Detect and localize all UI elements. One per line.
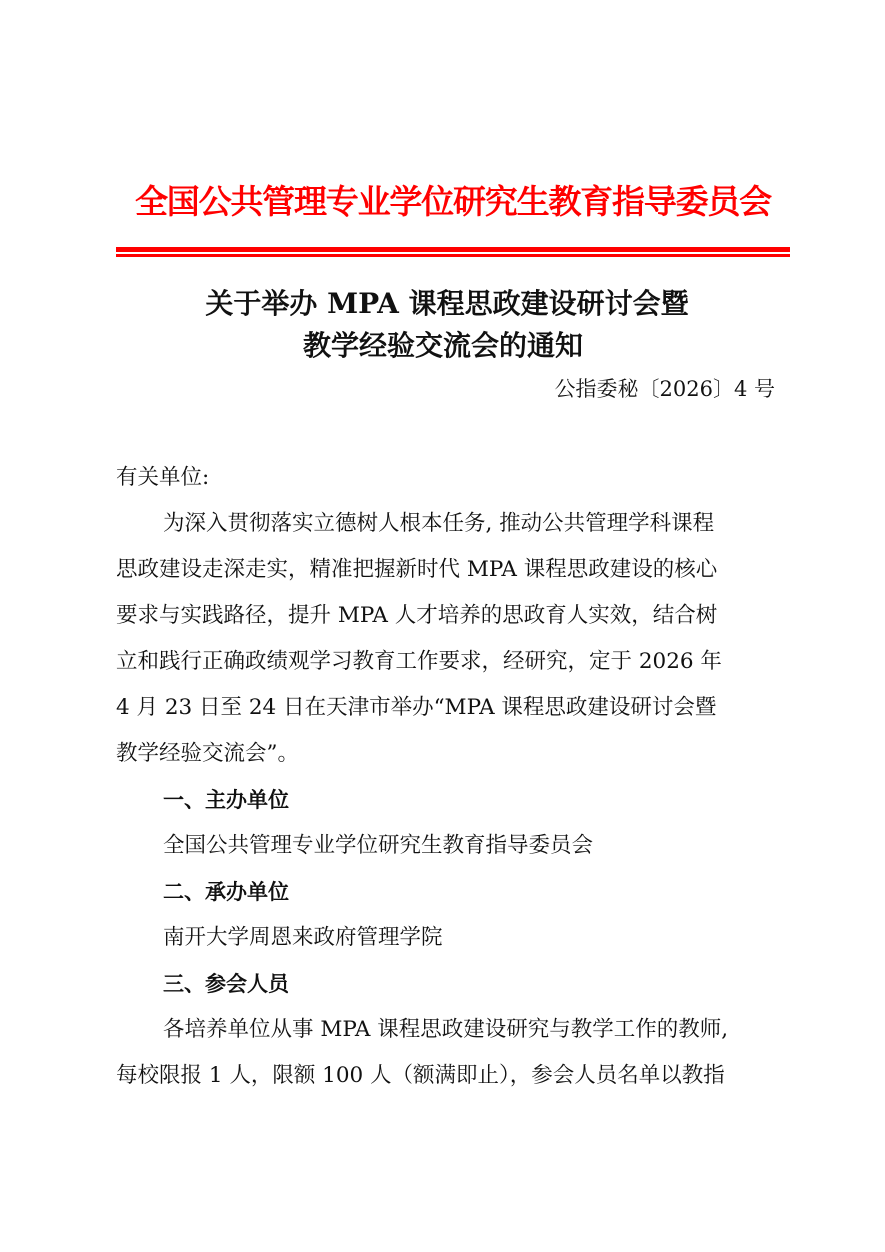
header-divider-thin	[116, 254, 790, 257]
paragraph-line: 立和践行正确政绩观学习教育工作要求，经研究，定于 2026 年	[116, 639, 788, 685]
paragraph-line: 4 月 23 日至 24 日在天津市举办“MPA 课程思政建设研讨会暨	[116, 685, 788, 731]
paragraph-line: 教学经验交流会”。	[116, 731, 788, 777]
section-participants: 三、参会人员 各培养单位从事 MPA 课程思政建设研究与教学工作的教师, 每校限…	[116, 961, 788, 1099]
section-content: 每校限报 1 人，限额 100 人（额满即止），参会人员名单以教指	[116, 1053, 788, 1099]
intro-paragraph: 为深入贯彻落实立德树人根本任务, 推动公共管理学科课程 思政建设走深走实，精准把…	[116, 501, 788, 777]
section-content: 全国公共管理专业学位研究生教育指导委员会	[116, 823, 788, 869]
salutation: 有关单位:	[116, 455, 788, 501]
section-content: 各培养单位从事 MPA 课程思政建设研究与教学工作的教师,	[116, 1007, 788, 1053]
document-number: 公指委秘〔2026〕4 号	[555, 373, 775, 405]
paragraph-line: 为深入贯彻落实立德树人根本任务, 推动公共管理学科课程	[116, 501, 788, 547]
document-page: 全国公共管理专业学位研究生教育指导委员会 关于举办 MPA 课程思政建设研讨会暨…	[0, 0, 885, 1252]
section-heading: 二、承办单位	[116, 869, 788, 915]
section-content: 南开大学周恩来政府管理学院	[116, 915, 788, 961]
section-heading: 三、参会人员	[116, 961, 788, 1007]
document-body: 有关单位: 为深入贯彻落实立德树人根本任务, 推动公共管理学科课程 思政建设走深…	[116, 455, 788, 1099]
paragraph-line: 要求与实践路径，提升 MPA 人才培养的思政育人实效，结合树	[116, 593, 788, 639]
section-host: 二、承办单位 南开大学周恩来政府管理学院	[116, 869, 788, 961]
header-divider-thick	[116, 247, 790, 252]
section-heading: 一、主办单位	[116, 777, 788, 823]
paragraph-line: 思政建设走深走实，精准把握新时代 MPA 课程思政建设的核心	[116, 547, 788, 593]
document-title-line-1: 关于举办 MPA 课程思政建设研讨会暨	[110, 284, 784, 324]
section-organizer: 一、主办单位 全国公共管理专业学位研究生教育指导委员会	[116, 777, 788, 869]
document-title-line-2: 教学经验交流会的通知	[106, 326, 780, 366]
organization-header: 全国公共管理专业学位研究生教育指导委员会	[116, 176, 790, 228]
